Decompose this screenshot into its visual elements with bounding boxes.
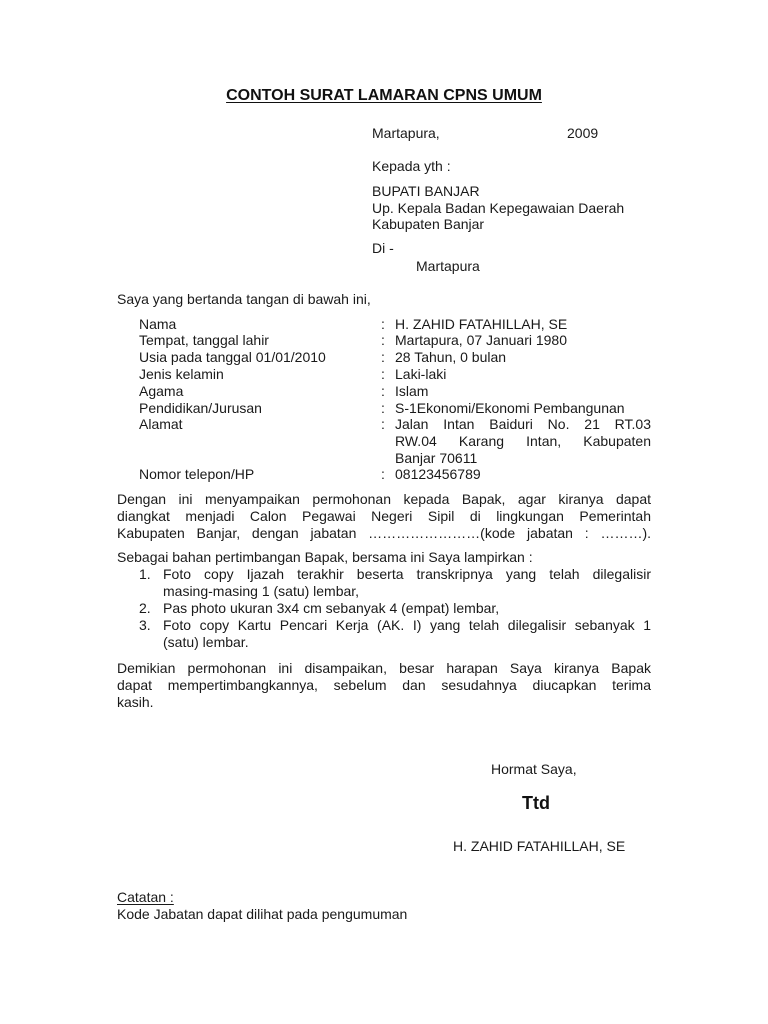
attachment-line: Foto copy Kartu Pencari Kerja (AK. I) ya…	[163, 617, 651, 634]
recipient-line-3: Kabupaten Banjar	[372, 216, 484, 233]
field-colon: :	[381, 349, 385, 366]
field-value-alamat: Jalan Intan Baiduri No. 21 RT.03 RW.04 K…	[395, 416, 651, 467]
request-paragraph: Dengan ini menyampaikan permohonan kepad…	[117, 491, 651, 542]
note-heading: Catatan :	[117, 889, 174, 906]
field-colon: :	[381, 383, 385, 400]
attachment-item-1: Foto copy Ijazah terakhir beserta transk…	[163, 566, 651, 600]
paragraph-line: Kabupaten Banjar, dengan jabatan ……………………	[117, 525, 651, 542]
field-label-nama: Nama	[139, 316, 176, 333]
place-text: Martapura,	[372, 125, 440, 142]
field-colon: :	[381, 400, 385, 417]
field-value-agama: Islam	[395, 383, 428, 400]
field-colon: :	[381, 332, 385, 349]
attachment-line: masing-masing 1 (satu) lembar,	[163, 583, 651, 600]
closing-line: dapat mempertimbangkannya, sebelum dan s…	[117, 677, 651, 694]
attachment-number: 3.	[139, 617, 151, 634]
document-title: CONTOH SURAT LAMARAN CPNS UMUM	[0, 87, 768, 104]
recipient-line-1: BUPATI BANJAR	[372, 183, 480, 200]
intro-text: Saya yang bertanda tangan di bawah ini,	[117, 291, 371, 308]
paragraph-line: diangkat menjadi Calon Pegawai Negeri Si…	[117, 508, 651, 525]
alamat-line-1: Jalan Intan Baiduri No. 21 RT.03	[395, 416, 651, 433]
field-colon: :	[381, 316, 385, 333]
field-value-tempat-lahir: Martapura, 07 Januari 1980	[395, 332, 567, 349]
attachment-number: 1.	[139, 566, 151, 583]
field-colon: :	[381, 416, 385, 433]
paragraph-line: Dengan ini menyampaikan permohonan kepad…	[117, 491, 651, 508]
attachment-line: Foto copy Ijazah terakhir beserta transk…	[163, 566, 651, 583]
field-value-pendidikan: S-1Ekonomi/Ekonomi Pembangunan	[395, 400, 625, 417]
field-value-nama: H. ZAHID FATAHILLAH, SE	[395, 316, 567, 333]
attachment-item-2: Pas photo ukuran 3x4 cm sebanyak 4 (empa…	[163, 600, 499, 617]
field-label-tempat-lahir: Tempat, tanggal lahir	[139, 332, 269, 349]
attachments-intro: Sebagai bahan pertimbangan Bapak, bersam…	[117, 549, 533, 566]
field-label-telepon: Nomor telepon/HP	[139, 466, 254, 483]
recipient-city: Martapura	[416, 258, 480, 275]
closing-paragraph: Demikian permohonan ini disampaikan, bes…	[117, 660, 651, 711]
recipient-line-2: Up. Kepala Badan Kepegawaian Daerah	[372, 200, 624, 217]
signature-ttd: Ttd	[522, 795, 550, 812]
field-label-jenis-kelamin: Jenis kelamin	[139, 366, 224, 383]
field-label-pendidikan: Pendidikan/Jurusan	[139, 400, 262, 417]
alamat-line-2: RW.04 Karang Intan, Kabupaten	[395, 433, 651, 450]
attachment-item-3: Foto copy Kartu Pencari Kerja (AK. I) ya…	[163, 617, 651, 651]
field-value-jenis-kelamin: Laki-laki	[395, 366, 446, 383]
field-value-telepon: 08123456789	[395, 466, 481, 483]
field-colon: :	[381, 366, 385, 383]
note-text: Kode Jabatan dapat dilihat pada pengumum…	[117, 906, 407, 923]
field-label-alamat: Alamat	[139, 416, 183, 433]
recipient-greeting: Kepada yth :	[372, 158, 451, 175]
field-colon: :	[381, 466, 385, 483]
attachment-number: 2.	[139, 600, 151, 617]
signature-name: H. ZAHID FATAHILLAH, SE	[453, 838, 625, 855]
recipient-di: Di -	[372, 240, 394, 257]
signature-regards: Hormat Saya,	[491, 761, 577, 778]
field-value-usia: 28 Tahun, 0 bulan	[395, 349, 506, 366]
year-text: 2009	[567, 125, 598, 142]
closing-line: kasih.	[117, 694, 651, 711]
field-label-agama: Agama	[139, 383, 183, 400]
alamat-line-3: Banjar 70611	[395, 450, 651, 467]
closing-line: Demikian permohonan ini disampaikan, bes…	[117, 660, 651, 677]
field-label-usia: Usia pada tanggal 01/01/2010	[139, 349, 326, 366]
attachment-line: (satu) lembar.	[163, 634, 651, 651]
